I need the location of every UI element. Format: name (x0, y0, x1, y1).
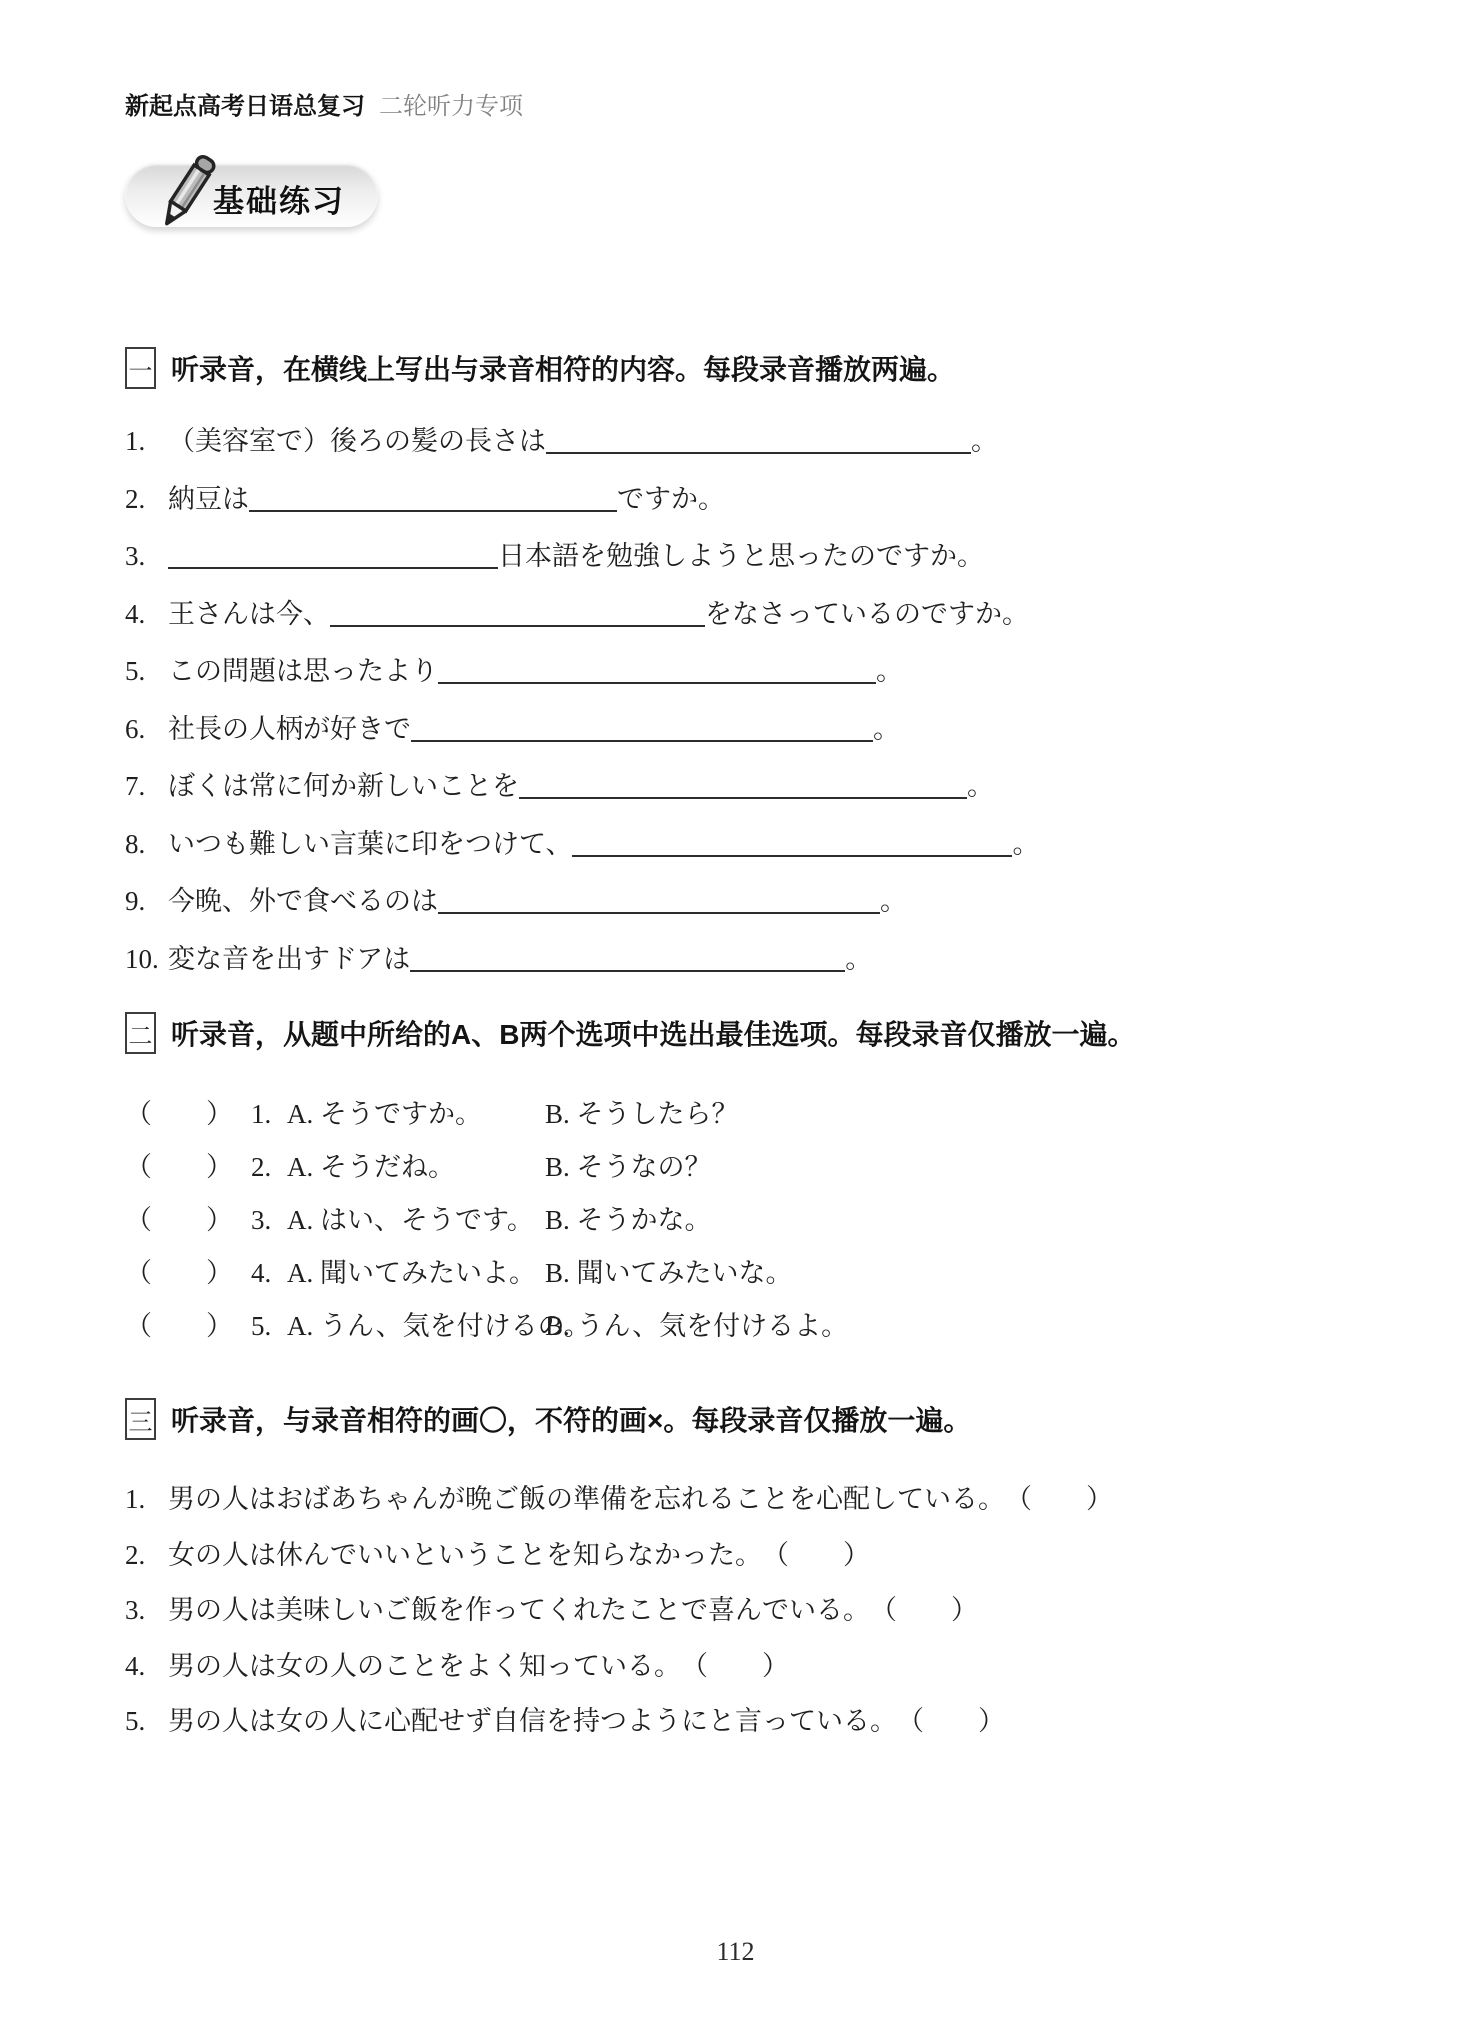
true-false-item: 5. 男の人は女の人に心配せず自信を持つようにと言っている。 （） (125, 1688, 1145, 1744)
choice-item: （） 5. A. うん、気を付けるの。 B. うん、気を付けるよ。 (125, 1294, 1145, 1347)
option-b[interactable]: B. そうなの？ (545, 1145, 712, 1184)
paren-close: ） (978, 1706, 1005, 1736)
choice-item: （） 3. A. はい、そうです。 B. そうかな。 (125, 1188, 1145, 1241)
question-number: 4. (125, 1651, 168, 1682)
paren-open: （ (125, 1205, 152, 1235)
question-text-before: この問題は思ったより (168, 649, 438, 688)
fill-blank-item: 4. 王さんは今、 をなさっているのですか。 (125, 580, 1145, 638)
option-a[interactable]: A. そうですか。 (287, 1092, 482, 1131)
section-listening-true-false: 三 听录音，与录音相符的画〇，不符的画×。每段录音仅播放一遍。 1. 男の人はお… (125, 1398, 1145, 1744)
choice-item: （） 4. A. 聞いてみたいよ。 B. 聞いてみたいな。 (125, 1241, 1145, 1294)
question-number: 1. (125, 426, 168, 457)
question-number: 2. (251, 1152, 287, 1183)
option-b[interactable]: B. 聞いてみたいな。 (545, 1251, 793, 1290)
question-list: 1. 男の人はおばあちゃんが晩ご飯の準備を忘れることを心配している。 （） 2.… (125, 1466, 1145, 1744)
fill-blank-item: 5. この問題は思ったより 。 (125, 637, 1145, 695)
answer-blank[interactable] (410, 968, 845, 972)
option-b[interactable]: B. そうしたら？ (545, 1092, 739, 1131)
option-a[interactable]: A. はい、そうです。 (287, 1198, 534, 1237)
fill-blank-item: 9. 今晩、外で食べるのは 。 (125, 867, 1145, 925)
question-number: 6. (125, 714, 168, 745)
badge-label: 基础练习 (213, 176, 345, 221)
paren-open: （ (681, 1651, 708, 1681)
paren-close: ） (206, 1152, 233, 1182)
question-number: 1. (125, 1484, 168, 1515)
question-number: 10. (125, 944, 168, 975)
section-badge: 基础练习 (125, 163, 378, 227)
choice-item: （） 1. A. そうですか。 B. そうしたら？ (125, 1082, 1145, 1135)
statement-text: 女の人は休んでいいということを知らなかった。 (168, 1533, 762, 1572)
question-text-after: 。 (880, 879, 907, 918)
answer-blank[interactable] (546, 450, 971, 454)
paren-open: （ (870, 1595, 897, 1625)
question-text-before: 納豆は (168, 477, 249, 516)
question-text-before: 社長の人柄が好きで (168, 707, 411, 746)
section-listening-fill-blank: 一 听录音，在横线上写出与录音相符的内容。每段录音播放两遍。 1. （美容室で）… (125, 347, 1145, 982)
statement-text: 男の人は美味しいご飯を作ってくれたことで喜んでいる。 (168, 1588, 870, 1627)
question-number: 5. (125, 1706, 168, 1737)
option-b[interactable]: B. うん、気を付けるよ。 (545, 1304, 848, 1343)
fill-blank-item: 3. 日本語を勉強しようと思ったのですか。 (125, 522, 1145, 580)
book-subtitle: 二轮听力专项 (379, 93, 523, 120)
question-text-before: 今晩、外で食べるのは (168, 879, 438, 918)
answer-blank[interactable] (438, 680, 876, 684)
statement-text: 男の人は女の人のことをよく知っている。 (168, 1644, 681, 1683)
paren-close: ） (206, 1311, 233, 1341)
section-heading: 听录音，在横线上写出与录音相符的内容。每段录音播放两遍。 (171, 348, 955, 388)
paren-close: ） (206, 1205, 233, 1235)
page-header: 新起点高考日语总复习二轮听力专项 (125, 86, 523, 121)
question-list: （） 1. A. そうですか。 B. そうしたら？ （） 2. A. そうだね。… (125, 1082, 1145, 1347)
fill-blank-item: 6. 社長の人柄が好きで 。 (125, 695, 1145, 753)
question-text-before: 変な音を出すドアは (168, 937, 410, 976)
section-marker-box: 一 (125, 347, 156, 389)
section-marker-box: 二 (125, 1012, 156, 1054)
statement-text: 男の人はおばあちゃんが晩ご飯の準備を忘れることを心配している。 (168, 1477, 1005, 1516)
section-heading-row: 二 听录音，从题中所给的A、B两个选项中选出最佳选项。每段录音仅播放一遍。 (125, 1012, 1145, 1054)
question-text-after: 。 (967, 764, 994, 803)
question-number: 3. (251, 1205, 287, 1236)
question-text-before: 王さんは今、 (168, 592, 330, 631)
option-a[interactable]: A. そうだね。 (287, 1145, 455, 1184)
section-marker-box: 三 (125, 1398, 156, 1440)
paren-open: （ (125, 1152, 152, 1182)
paren-close: ） (1086, 1484, 1113, 1514)
paren-close: ） (843, 1540, 870, 1570)
question-number: 7. (125, 771, 168, 802)
paren-open: （ (1005, 1484, 1032, 1514)
question-text-before: ぼくは常に何か新しいことを (168, 764, 519, 803)
paren-close: ） (206, 1258, 233, 1288)
section-heading: 听录音，与录音相符的画〇，不符的画×。每段录音仅播放一遍。 (171, 1399, 971, 1439)
answer-blank[interactable] (411, 738, 873, 742)
option-b[interactable]: B. そうかな。 (545, 1198, 712, 1237)
answer-paren[interactable]: （） (125, 1251, 233, 1290)
question-text-after: 日本語を勉強しようと思ったのですか。 (498, 534, 984, 573)
paren-open: （ (897, 1706, 924, 1736)
section-heading-row: 一 听录音，在横线上写出与录音相符的内容。每段录音播放两遍。 (125, 347, 1145, 389)
fill-blank-item: 7. ぼくは常に何か新しいことを 。 (125, 752, 1145, 810)
page-number: 112 (0, 1937, 1471, 1967)
option-a[interactable]: A. 聞いてみたいよ。 (287, 1251, 536, 1290)
section-heading: 听录音，从题中所给的A、B两个选项中选出最佳选项。每段录音仅播放一遍。 (171, 1013, 1135, 1053)
pencil-icon (149, 139, 227, 243)
answer-blank[interactable] (438, 910, 880, 914)
section-listening-choice: 二 听录音，从题中所给的A、B两个选项中选出最佳选项。每段录音仅播放一遍。 （）… (125, 1012, 1145, 1347)
paren-close: ） (206, 1099, 233, 1129)
question-text-before: （美容室で）後ろの髪の長さは (168, 419, 546, 458)
paren-close: ） (951, 1595, 978, 1625)
answer-blank[interactable] (249, 508, 617, 512)
answer-paren[interactable]: （） (681, 1644, 789, 1683)
answer-paren[interactable]: （） (1005, 1477, 1113, 1516)
true-false-item: 4. 男の人は女の人のことをよく知っている。 （） (125, 1633, 1145, 1689)
question-text-after: 。 (876, 649, 903, 688)
answer-blank[interactable] (330, 623, 705, 627)
workbook-page: 新起点高考日语总复习二轮听力专项 基础练习 一 听录音，在横线上写出与录音相符的… (0, 0, 1471, 2039)
question-text-after: 。 (1012, 822, 1039, 861)
question-number: 5. (251, 1311, 287, 1342)
question-number: 4. (125, 599, 168, 630)
section-heading-row: 三 听录音，与录音相符的画〇，不符的画×。每段录音仅播放一遍。 (125, 1398, 1145, 1440)
fill-blank-item: 10. 変な音を出すドアは 。 (125, 925, 1145, 983)
question-list: 1. （美容室で）後ろの髪の長さは 。 2. 納豆は ですか。 3. 日本語を勉… (125, 407, 1145, 982)
question-number: 9. (125, 886, 168, 917)
answer-blank[interactable] (519, 795, 967, 799)
question-text-before: いつも難しい言葉に印をつけて、 (168, 822, 572, 861)
paren-open: （ (125, 1099, 152, 1129)
true-false-item: 2. 女の人は休んでいいということを知らなかった。 （） (125, 1522, 1145, 1578)
fill-blank-item: 2. 納豆は ですか。 (125, 465, 1145, 523)
fill-blank-item: 1. （美容室で）後ろの髪の長さは 。 (125, 407, 1145, 465)
question-text-after: 。 (845, 937, 872, 976)
book-title: 新起点高考日语总复习 (125, 93, 365, 120)
question-number: 5. (125, 656, 168, 687)
answer-paren[interactable]: （） (125, 1304, 233, 1343)
question-text-after: 。 (873, 707, 900, 746)
answer-paren[interactable]: （） (870, 1588, 978, 1627)
answer-blank[interactable] (168, 565, 498, 569)
true-false-item: 3. 男の人は美味しいご飯を作ってくれたことで喜んでいる。 （） (125, 1577, 1145, 1633)
paren-open: （ (125, 1311, 152, 1341)
paren-close: ） (762, 1651, 789, 1681)
paren-open: （ (762, 1540, 789, 1570)
question-number: 2. (125, 484, 168, 515)
paren-open: （ (125, 1258, 152, 1288)
question-text-after: をなさっているのですか。 (705, 592, 1029, 631)
answer-paren[interactable]: （） (125, 1092, 233, 1131)
answer-paren[interactable]: （） (125, 1145, 233, 1184)
choice-item: （） 2. A. そうだね。 B. そうなの？ (125, 1135, 1145, 1188)
statement-text: 男の人は女の人に心配せず自信を持つようにと言っている。 (168, 1699, 897, 1738)
answer-paren[interactable]: （） (897, 1699, 1005, 1738)
answer-paren[interactable]: （） (125, 1198, 233, 1237)
question-number: 4. (251, 1258, 287, 1289)
fill-blank-item: 8. いつも難しい言葉に印をつけて、 。 (125, 810, 1145, 868)
question-number: 3. (125, 1595, 168, 1626)
question-number: 3. (125, 541, 168, 572)
question-number: 1. (251, 1099, 287, 1130)
question-text-after: 。 (971, 419, 998, 458)
answer-paren[interactable]: （） (762, 1533, 870, 1572)
true-false-item: 1. 男の人はおばあちゃんが晩ご飯の準備を忘れることを心配している。 （） (125, 1466, 1145, 1522)
answer-blank[interactable] (572, 853, 1012, 857)
question-text-after: ですか。 (617, 477, 725, 516)
question-number: 2. (125, 1540, 168, 1571)
question-number: 8. (125, 829, 168, 860)
